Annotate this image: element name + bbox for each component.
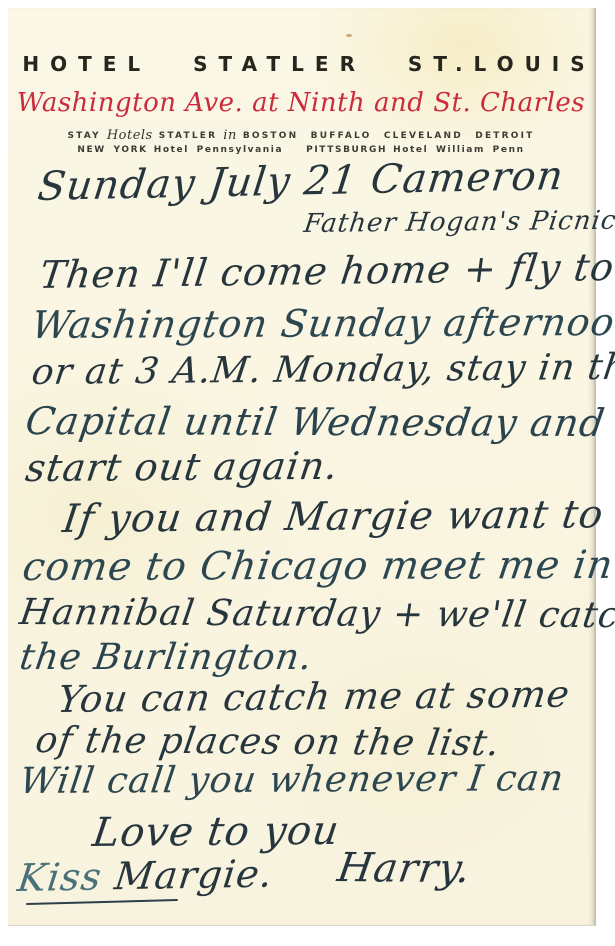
postscript-kiss-word: Kiss [15, 855, 104, 900]
handwritten-date-line: Sunday July 21 Cameron [35, 153, 566, 210]
postscript-line: Kiss Margie. [15, 852, 275, 900]
handwritten-line: If you and Margie want to [60, 492, 606, 542]
handwritten-line: of the places on the list. [33, 720, 503, 764]
handwritten-line: Capital until Wednesday and [23, 399, 608, 445]
handwritten-line: or at 3 A.M. Monday, stay in the [29, 347, 615, 393]
hotel-address-script-text: Washington Ave. at Ninth and St. Charles [8, 88, 594, 118]
scanned-letter-screenshot: HOTEL STATLER ST.LOUIS Washington Ave. a… [0, 0, 615, 946]
postscript-underline [26, 899, 178, 905]
handwritten-line: Will call you whenever I can [17, 758, 567, 802]
postscript-margie-word: Margie. [112, 852, 276, 899]
handwritten-note-line: Father Hogan's Picnic. [302, 206, 615, 239]
closing-line: Love to you [90, 808, 342, 856]
handwritten-line: Then I'll come home + fly to [37, 245, 615, 297]
handwritten-line: Washington Sunday afternoon [29, 300, 615, 347]
cities-list: BOSTON BUFFALO CLEVELAND DETROIT [243, 131, 535, 141]
statler-label: STATLER [159, 131, 218, 141]
new-york-label: NEW YORK [77, 145, 147, 155]
hotel-pennsylvania-label: Hotel Pennsylvania [154, 145, 283, 155]
in-script-word: in [223, 128, 237, 143]
handwritten-line: start out again. [23, 444, 341, 490]
signature-text: Harry. [335, 845, 475, 892]
paper-stain [346, 34, 352, 37]
letterhead-stay-line: STAYHotelsSTATLERinBOSTON BUFFALO CLEVEL… [8, 127, 594, 142]
handwritten-line: Hannibal Saturday + we'll catch [17, 592, 615, 636]
handwritten-line: the Burlington. [17, 637, 315, 678]
hotel-name-text: HOTEL STATLER ST.LOUIS [8, 52, 602, 76]
hotels-script-word: Hotels [107, 128, 153, 143]
letter-paper: HOTEL STATLER ST.LOUIS Washington Ave. a… [8, 8, 596, 926]
stay-label: STAY [67, 131, 100, 141]
handwritten-line: You can catch me at some [55, 673, 572, 721]
handwritten-line: come to Chicago meet me in [20, 543, 615, 590]
pittsburgh-label: PITTSBURGH [306, 145, 387, 155]
